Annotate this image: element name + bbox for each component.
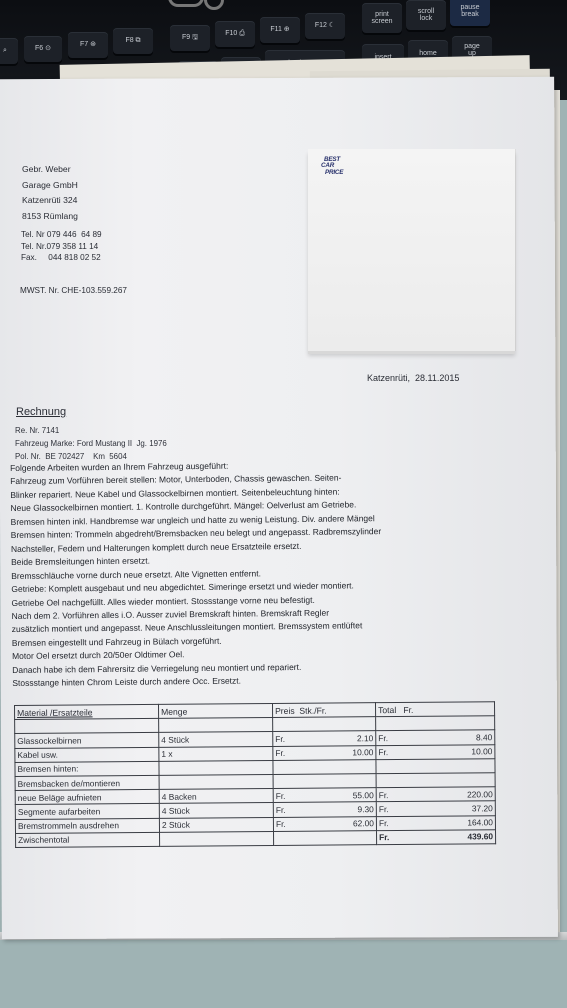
- sticky-notepad: BEST CAR PRICE: [308, 149, 515, 351]
- key-f11[interactable]: F11 ⊕: [260, 17, 300, 43]
- item-quantity: [159, 760, 273, 775]
- invoice-meta: Re. Nr. 7141 Fahrzeug Marke: Ford Mustan…: [15, 424, 167, 463]
- keyboard-logo-letter: [204, 0, 224, 10]
- item-total: [376, 773, 495, 788]
- invoice-title: Rechnung: [16, 406, 66, 418]
- item-unit-price: Fr.62.00: [273, 816, 376, 831]
- item-total: [376, 758, 495, 773]
- company-name: Gebr. Weber: [22, 162, 78, 178]
- item-unit-price: [273, 774, 376, 789]
- key-f10[interactable]: F10 ⎙: [215, 21, 255, 47]
- place-date: Katzenrüti, 28.11.2015: [367, 373, 459, 383]
- company-contacts: Tel. Nr 079 446 64 89 Tel. Nr.079 358 11…: [21, 229, 102, 264]
- phone-2: Tel. Nr.079 358 11 14: [21, 241, 102, 253]
- logo-word-price: PRICE: [321, 170, 343, 176]
- item-total: Fr.10.00: [376, 744, 495, 759]
- col-unit-price: Preis Stk./Fr.: [272, 703, 375, 718]
- col-material: Material /Ersatzteile: [15, 704, 159, 719]
- item-unit-price: Fr.9.30: [273, 802, 376, 817]
- item-name: Bremsbacken de/montieren: [15, 775, 159, 790]
- currency-label: Fr.: [379, 804, 389, 814]
- item-total: Fr.8.40: [376, 730, 495, 745]
- item-name: neue Beläge aufnieten: [15, 789, 159, 804]
- currency-label: Fr.: [275, 748, 285, 758]
- phone-1: Tel. Nr 079 446 64 89: [21, 229, 102, 241]
- col-quantity: Menge: [158, 703, 272, 718]
- invoice-items-table: Material /Ersatzteile Menge Preis Stk./F…: [14, 701, 496, 848]
- key-search[interactable]: ⌕: [0, 38, 18, 64]
- col-total: Total Fr.: [375, 702, 494, 717]
- item-unit-price: Fr.55.00: [273, 788, 376, 803]
- currency-label: Fr.: [378, 733, 388, 743]
- item-total: Fr.37.20: [376, 801, 495, 816]
- item-unit-price: Fr.2.10: [273, 731, 376, 746]
- item-unit-price: Fr.10.00: [273, 745, 376, 760]
- vat-number: MWST. Nr. CHE-103.559.267: [20, 286, 127, 295]
- key-f8[interactable]: F8 ⧉: [113, 28, 153, 54]
- item-quantity: 4 Backen: [159, 789, 273, 804]
- currency-label: Fr.: [379, 832, 389, 842]
- fax: Fax. 044 818 02 52: [21, 252, 102, 264]
- currency-label: Fr.: [379, 818, 389, 828]
- subtotal-qty: [160, 831, 274, 846]
- item-unit-price: [273, 717, 376, 732]
- key-f6[interactable]: F6 ⊙: [24, 36, 62, 62]
- key-f12[interactable]: F12 ☾: [305, 13, 345, 39]
- item-name: Segmente aufarbeiten: [15, 804, 159, 819]
- currency-label: Fr.: [276, 805, 286, 815]
- item-total: [376, 716, 495, 731]
- amount: 8.40: [476, 732, 492, 742]
- subtotal-unit-price: [273, 830, 376, 845]
- search-icon: ⌕: [3, 47, 7, 54]
- item-quantity: 2 Stück: [159, 817, 273, 832]
- item-quantity: [159, 774, 273, 789]
- item-total: Fr.164.00: [376, 815, 495, 830]
- amount: 37.20: [472, 803, 493, 813]
- company-legal-form: Garage GmbH: [22, 178, 78, 194]
- amount: 2.10: [357, 733, 373, 743]
- currency-label: Fr.: [378, 747, 388, 757]
- item-quantity: 4 Stück: [159, 803, 273, 818]
- vehicle-info: Fahrzeug Marke: Ford Mustang II Jg. 1976: [15, 437, 167, 450]
- item-name: Bremsen hinten:: [15, 761, 159, 776]
- key-print-screen[interactable]: print screen: [362, 3, 402, 33]
- amount: 62.00: [353, 818, 374, 828]
- amount: 10.00: [471, 746, 492, 756]
- item-name: Kabel usw.: [15, 747, 159, 762]
- invoice-number: Re. Nr. 7141: [15, 424, 167, 437]
- amount: 10.00: [352, 747, 373, 757]
- item-name: [15, 719, 159, 734]
- item-unit-price: [273, 759, 376, 774]
- currency-label: Fr.: [276, 819, 286, 829]
- currency-label: Fr.: [379, 790, 389, 800]
- amount: 55.00: [353, 790, 374, 800]
- item-quantity: [159, 718, 273, 733]
- work-description: Folgende Arbeiten wurden an Ihrem Fahrze…: [10, 458, 383, 691]
- amount: 164.00: [467, 817, 493, 827]
- subtotal-label: Zwischentotal: [16, 832, 160, 847]
- key-pause-break[interactable]: pause break: [450, 0, 490, 26]
- amount: 9.30: [357, 804, 373, 814]
- key-f7[interactable]: F7 ⊛: [68, 32, 108, 58]
- company-address: Gebr. Weber Garage GmbH Katzenrüti 324 8…: [22, 162, 78, 224]
- item-quantity: 4 Stück: [159, 732, 273, 747]
- item-name: Bremstrommeln ausdrehen: [15, 818, 159, 833]
- currency-label: Fr.: [275, 734, 285, 744]
- currency-label: Fr.: [276, 791, 286, 801]
- keyboard-logo: [168, 0, 204, 7]
- company-city: 8153 Rümlang: [22, 209, 78, 225]
- item-total: Fr.220.00: [376, 787, 495, 802]
- item-quantity: 1 x: [159, 746, 273, 761]
- amount: 220.00: [467, 789, 493, 799]
- best-car-price-logo: BEST CAR PRICE: [321, 157, 343, 176]
- key-f9[interactable]: F9 🖫: [170, 25, 210, 51]
- key-scroll-lock[interactable]: scroll lock: [406, 0, 446, 30]
- amount: 439.60: [467, 832, 493, 842]
- company-street: Katzenrüti 324: [22, 193, 78, 209]
- item-name: Glassockelbirnen: [15, 733, 159, 748]
- subtotal-total: Fr.439.60: [376, 829, 495, 844]
